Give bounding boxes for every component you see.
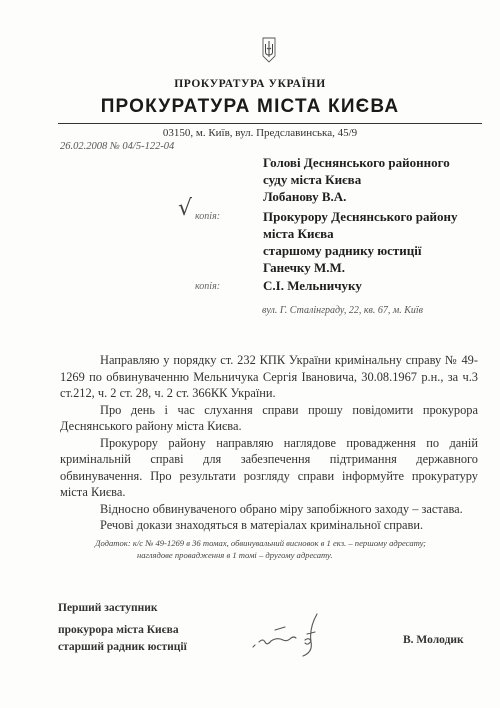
body-paragraph: Про день і час слухання справи прошу пов… — [60, 402, 478, 435]
handwritten-signature-icon — [245, 612, 365, 662]
org-address: 03150, м. Київ, вул. Предславинська, 45/… — [0, 127, 500, 139]
signer-position-line: прокурора міста Києва — [58, 622, 187, 639]
signer-position: прокурора міста Києва старший радник юст… — [58, 622, 187, 656]
copy-recipient-accused: С.І. Мельничуку — [263, 277, 362, 294]
copy-recipient-prosecutor: Прокурору Деснянського району міста Києв… — [263, 208, 458, 276]
recipient-line: Лобанову В.А. — [263, 188, 450, 205]
recipient-line: старшому раднику юстиції — [263, 242, 458, 259]
signer-name: В. Молодик — [403, 634, 464, 646]
recipient-line: Голові Деснянського районного — [263, 154, 450, 171]
annex-note: Додаток: к/с № 49-1269 в 36 томах, обвин… — [95, 537, 426, 561]
accused-address: вул. Г. Сталінграду, 22, кв. 67, м. Київ — [262, 305, 423, 316]
trident-emblem-icon — [262, 36, 276, 64]
recipient-line: Прокурору Деснянського району — [263, 208, 458, 225]
body-paragraph: Речові докази знаходяться в матеріалах к… — [60, 517, 478, 534]
signer-rank-line: старший радник юстиції — [58, 639, 187, 656]
letter-body: Направляю у порядку ст. 232 КПК України … — [60, 352, 478, 534]
recipient-line: Ганечку М.М. — [263, 259, 458, 276]
recipient-line: міста Києва — [263, 225, 458, 242]
annex-line: Додаток: к/с № 49-1269 в 36 томах, обвин… — [95, 537, 426, 549]
recipient-line: суду міста Києва — [263, 171, 450, 188]
body-paragraph: Відносно обвинуваченого обрано міру запо… — [60, 501, 478, 518]
recipient-line: С.І. Мельничуку — [263, 277, 362, 294]
org-parent-title: ПРОКУРАТУРА УКРАЇНИ — [0, 78, 500, 90]
header-divider — [58, 123, 482, 124]
copy-label: копія: — [195, 211, 220, 222]
body-paragraph: Прокурору району направляю наглядове про… — [60, 435, 478, 501]
signer-title: Перший заступник — [58, 600, 158, 617]
copy-label: копія: — [195, 281, 220, 292]
body-paragraph: Направляю у порядку ст. 232 КПК України … — [60, 352, 478, 402]
annex-line: наглядове провадження в 1 томі – другому… — [95, 549, 426, 561]
primary-recipient: Голові Деснянського районного суду міста… — [263, 154, 450, 205]
reference-number: 26.02.2008 № 04/5-122-04 — [60, 141, 174, 152]
org-title: ПРОКУРАТУРА МІСТА КИЄВА — [0, 96, 500, 118]
check-mark-icon: √ — [178, 196, 192, 221]
